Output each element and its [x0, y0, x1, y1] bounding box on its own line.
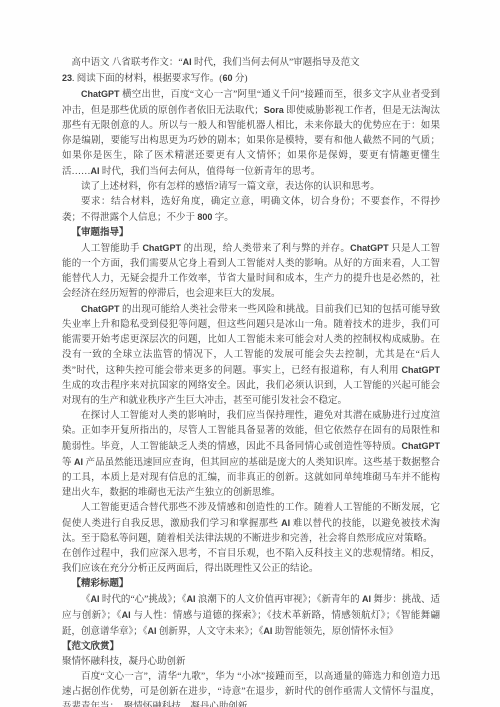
question-line: 23. 阅读下面的材料，根据要求写作。(60 分)	[62, 71, 440, 87]
guidance-paragraph: ChatGPT 的出现可能给人类社会带来一些风险和挑战。目前我们已知的包括可能导…	[62, 302, 440, 409]
document-page: 高中语文 八省联考作文：“AI 时代，我们当何去何从”审题指导及范文 23. 阅…	[0, 0, 500, 707]
titles-list: 《AI 时代的“心”挑战》；《AI 浪潮下的人文价值再审视》；《新青年的 AI …	[62, 592, 440, 640]
question-reflection-line: 读了上述材料，你有怎样的感悟?请写一篇文章，表达你的认识和思考。	[62, 180, 440, 195]
guidance-section-heading: 【审题指导】	[62, 226, 440, 241]
document-header: 高中语文 八省联考作文：“AI 时代，我们当何去何从”审题指导及范文	[62, 55, 440, 71]
sample-section-heading: 【范文欣赏】	[62, 640, 440, 655]
question-material-paragraph: ChatGPT 横空出世，百度“文心一言”阿里“通义千问”接踵而至，很多文字从业…	[62, 87, 440, 180]
guidance-paragraph: 在创作过程中，我们应深入思考，不盲目乐观，也不陷入反科技主义的悲观情绪。相反，我…	[62, 547, 440, 577]
guidance-paragraph: 人工智能助手 ChatGPT 的出现，给人类带来了利与弊的并存。ChatGPT …	[62, 241, 440, 302]
sample-essay-title: 聚情怀融科技，凝丹心助创新	[62, 655, 440, 670]
guidance-paragraph: 人工智能更适合替代那些不涉及情感和创造性的工作。随着人工智能的不断发展，它促使人…	[62, 501, 440, 547]
titles-section-heading: 【精彩标题】	[62, 577, 440, 592]
guidance-paragraph: 在探讨人工智能对人类的影响时，我们应当保持理性，避免对其潜在威胁进行过度渲染。正…	[62, 409, 440, 501]
sample-essay-paragraph: 百度“文心一言”，清华“九歌”，华为 “小冰”接踵而至，以高通量的筛选力和创造力…	[62, 670, 440, 707]
question-requirements-line: 要求：结合材料，选好角度，确定立意，明确文体，切合身份；不要套作，不得抄袭；不得…	[62, 195, 440, 226]
